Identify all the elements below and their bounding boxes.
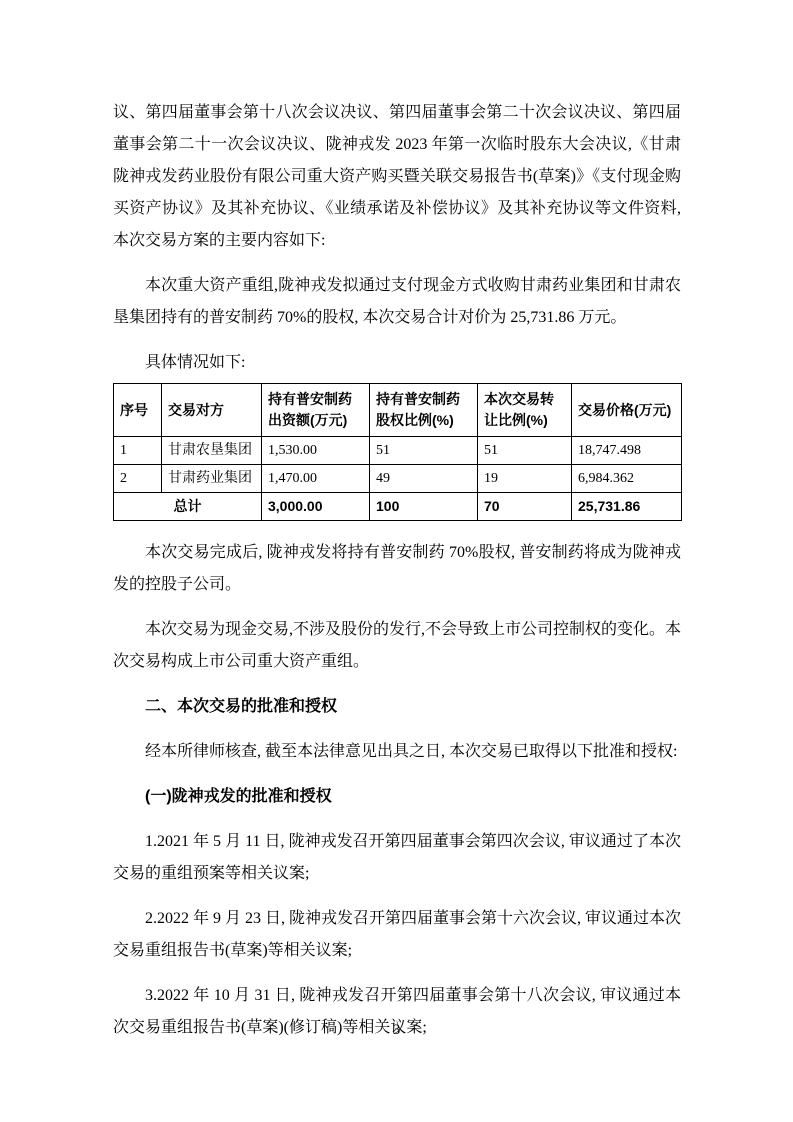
total-transfer-ratio: 70 [478,493,572,521]
cell-equity-ratio: 51 [370,437,478,465]
total-capital: 3,000.00 [262,493,370,521]
paragraph-details-label: 具体情况如下: [113,347,681,379]
list-item-board-meeting-2: 2.2022 年 9 月 23 日, 陇神戎发召开第四届董事会第十六次会议, 审… [113,903,681,967]
cell-price: 6,984.362 [572,465,682,493]
cell-seq: 1 [114,437,162,465]
total-label: 总计 [114,493,262,521]
section-heading-approval: 二、本次交易的批准和授权 [113,691,681,723]
cell-equity-ratio: 49 [370,465,478,493]
page-number: 3 [0,1020,793,1040]
table-row: 2 甘肃药业集团 1,470.00 49 19 6,984.362 [114,465,682,493]
total-equity-ratio: 100 [370,493,478,521]
paragraph-lawyer-verification: 经本所律师核查, 截至本法律意见出具之日, 本次交易已取得以下批准和授权: [113,736,681,768]
table-header-seq: 序号 [114,384,162,437]
transaction-table: 序号 交易对方 持有普安制药出资额(万元) 持有普安制药股权比例(%) 本次交易… [113,383,682,521]
subsection-heading-longshen-approval: (一)陇神戎发的批准和授权 [113,781,681,813]
cell-seq: 2 [114,465,162,493]
table-row: 1 甘肃农垦集团 1,530.00 51 51 18,747.498 [114,437,682,465]
cell-capital: 1,530.00 [262,437,370,465]
cell-price: 18,747.498 [572,437,682,465]
cell-counterparty: 甘肃药业集团 [162,465,262,493]
list-item-board-meeting-1: 1.2021 年 5 月 11 日, 陇神戎发召开第四届董事会第四次会议, 审议… [113,826,681,890]
total-price: 25,731.86 [572,493,682,521]
paragraph-cash-transaction: 本次交易为现金交易,不涉及股份的发行,不会导致上市公司控制权的变化。本次交易构成… [113,614,681,678]
table-header-counterparty: 交易对方 [162,384,262,437]
paragraph-continuation: 议、第四届董事会第十八次会议决议、第四届董事会第二十次会议决议、第四届董事会第二… [113,97,681,257]
table-header-transfer-ratio: 本次交易转让比例(%) [478,384,572,437]
table-header-capital: 持有普安制药出资额(万元) [262,384,370,437]
table-header-price: 交易价格(万元) [572,384,682,437]
cell-transfer-ratio: 51 [478,437,572,465]
cell-transfer-ratio: 19 [478,465,572,493]
document-page: 议、第四届董事会第十八次会议决议、第四届董事会第二十次会议决议、第四届董事会第二… [0,0,793,1122]
table-total-row: 总计 3,000.00 100 70 25,731.86 [114,493,682,521]
table-header-equity-ratio: 持有普安制药股权比例(%) [370,384,478,437]
paragraph-post-completion: 本次交易完成后, 陇神戎发将持有普安制药 70%股权, 普安制药将成为陇神戎发的… [113,537,681,601]
cell-capital: 1,470.00 [262,465,370,493]
paragraph-transaction-summary: 本次重大资产重组,陇神戎发拟通过支付现金方式收购甘肃药业集团和甘肃农垦集团持有的… [113,270,681,334]
cell-counterparty: 甘肃农垦集团 [162,437,262,465]
table-header-row: 序号 交易对方 持有普安制药出资额(万元) 持有普安制药股权比例(%) 本次交易… [114,384,682,437]
